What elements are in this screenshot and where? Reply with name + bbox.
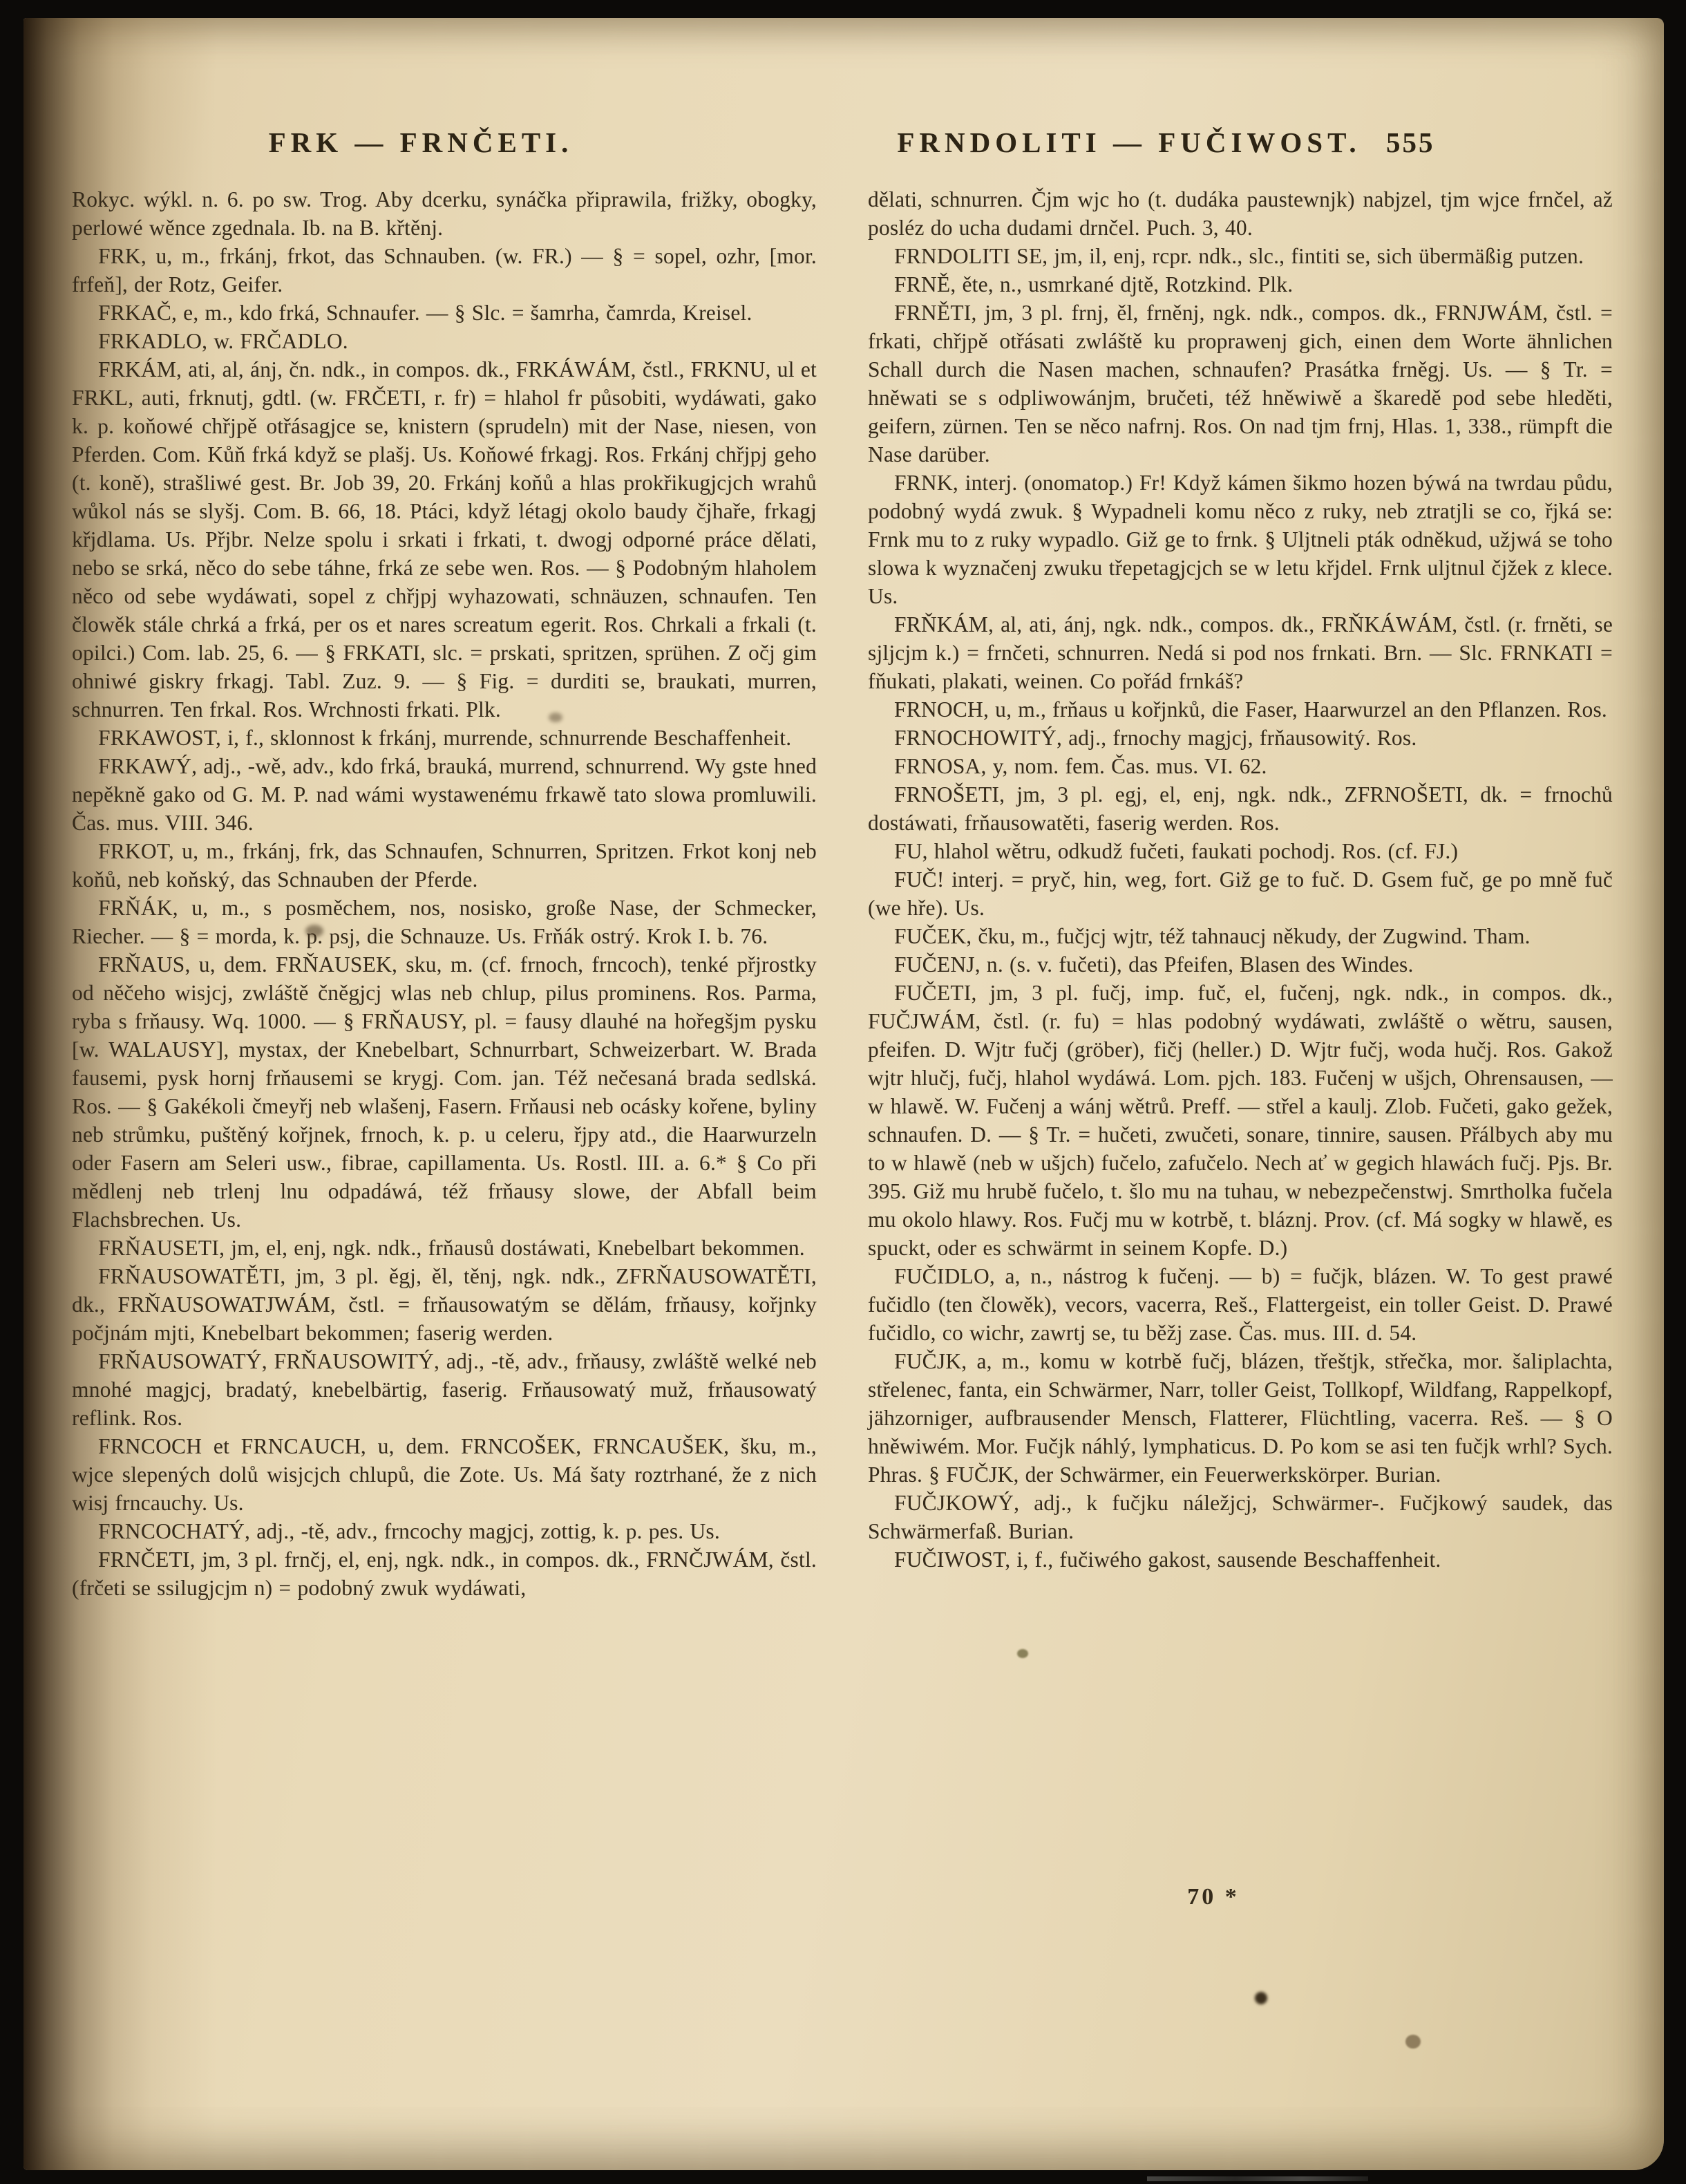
dictionary-entry: FRNOSA, y, nom. fem. Čas. mus. VI. 62.: [868, 752, 1613, 780]
paper-stain-spot: [1405, 2035, 1421, 2049]
dictionary-entry: FRNĚTI, jm, 3 pl. frnj, ěl, frněnj, ngk.…: [868, 299, 1613, 469]
dictionary-entry: dělati, schnurren. Čjm wjc ho (t. dudáka…: [868, 185, 1613, 242]
dictionary-entry: FUČJKOWÝ, adj., k fučjku náležjcj, Schwä…: [868, 1489, 1613, 1545]
dictionary-entry: FRNČETI, jm, 3 pl. frnčj, el, enj, ngk. …: [72, 1545, 817, 1602]
dictionary-entry: FRNDOLITI SE, jm, il, enj, rcpr. ndk., s…: [868, 242, 1613, 270]
signature-mark: 70 *: [868, 1884, 1559, 1910]
running-head-left: FRK — FRNČETI.: [48, 126, 793, 159]
ink-stain-spot: [1255, 1992, 1267, 2004]
running-head-right: FRNDOLITI — FUČIWOST.: [846, 126, 1412, 159]
dictionary-entry: FRKAWOST, i, f., sklonnost k frkánj, mur…: [72, 724, 817, 752]
page-number: 555: [1386, 126, 1435, 159]
dictionary-entry: FRNOCH, u, m., frňaus u kořjnků, die Fas…: [868, 695, 1613, 724]
dictionary-entry: FRŇKÁM, al, ati, ánj, ngk. ndk., compos.…: [868, 610, 1613, 695]
dictionary-entry: FRŇÁK, u, m., s posměchem, nos, nosisko,…: [72, 894, 817, 950]
dictionary-entry: FUČIWOST, i, f., fučiwého gakost, sausen…: [868, 1545, 1613, 1574]
scanned-book-page-background: { "page": { "left_header": "FRK — FRNČET…: [0, 0, 1686, 2184]
dictionary-entry: FRNK, interj. (onomatop.) Fr! Když kámen…: [868, 469, 1613, 610]
dictionary-entry: FRŇAUSOWATÝ, FRŇAUSOWITÝ, adj., -tě, adv…: [72, 1347, 817, 1432]
dictionary-entry: FUČEK, čku, m., fučjcj wjtr, též tahnauc…: [868, 922, 1613, 950]
dictionary-entry: FRNCOCHATÝ, adj., -tě, adv., frncochy ma…: [72, 1517, 817, 1545]
dictionary-entry: FRKADLO, w. FRČADLO.: [72, 327, 817, 355]
dictionary-entry: FRŇAUSETI, jm, el, enj, ngk. ndk., frňau…: [72, 1234, 817, 1262]
dictionary-entry: FRK, u, m., frkánj, frkot, das Schnauben…: [72, 242, 817, 299]
dictionary-entry: FRKOT, u, m., frkánj, frk, das Schnaufen…: [72, 837, 817, 894]
dictionary-column-left: Rokyc. wýkl. n. 6. po sw. Trog. Aby dcer…: [72, 185, 817, 1602]
scanner-edge-artifact: [1147, 2176, 1368, 2181]
dictionary-entry: FRNOŠETI, jm, 3 pl. egj, el, enj, ngk. n…: [868, 780, 1613, 837]
dictionary-entry: FU, hlahol wětru, odkudž fučeti, faukati…: [868, 837, 1613, 865]
dictionary-entry: FRŇAUSOWATĚTI, jm, 3 pl. ěgj, ěl, těnj, …: [72, 1262, 817, 1347]
dictionary-entry: FUČETI, jm, 3 pl. fučj, imp. fuč, el, fu…: [868, 979, 1613, 1262]
dictionary-entry: FUČIDLO, a, n., nástrog k fučenj. — b) =…: [868, 1262, 1613, 1347]
dictionary-entry: FRNOCHOWITÝ, adj., frnochy magjcj, frňau…: [868, 724, 1613, 752]
dictionary-entry: FUČJK, a, m., komu w kotrbě fučj, blázen…: [868, 1347, 1613, 1489]
dictionary-entry: FRNĚ, ěte, n., usmrkané djtě, Rotzkind. …: [868, 270, 1613, 299]
dictionary-entry: FRŇAUS, u, dem. FRŇAUSEK, sku, m. (cf. f…: [72, 950, 817, 1234]
dictionary-entry: FRKAČ, e, m., kdo frká, Schnaufer. — § S…: [72, 299, 817, 327]
dictionary-entry: FUČENJ, n. (s. v. fučeti), das Pfeifen, …: [868, 950, 1613, 979]
dictionary-entry: FRKÁM, ati, al, ánj, čn. ndk., in compos…: [72, 355, 817, 724]
dictionary-entry: FUČ! interj. = pryč, hin, weg, fort. Giž…: [868, 865, 1613, 922]
dictionary-entry: Rokyc. wýkl. n. 6. po sw. Trog. Aby dcer…: [72, 185, 817, 242]
dictionary-column-right: dělati, schnurren. Čjm wjc ho (t. dudáka…: [868, 185, 1613, 1574]
dictionary-entry: FRNCOCH et FRNCAUCH, u, dem. FRNCOŠEK, F…: [72, 1432, 817, 1517]
dictionary-entry: FRKAWÝ, adj., -wě, adv., kdo frká, brauk…: [72, 752, 817, 837]
book-page: FRK — FRNČETI. FRNDOLITI — FUČIWOST. 555…: [23, 18, 1664, 2170]
paper-stain-spot: [1017, 1649, 1028, 1658]
